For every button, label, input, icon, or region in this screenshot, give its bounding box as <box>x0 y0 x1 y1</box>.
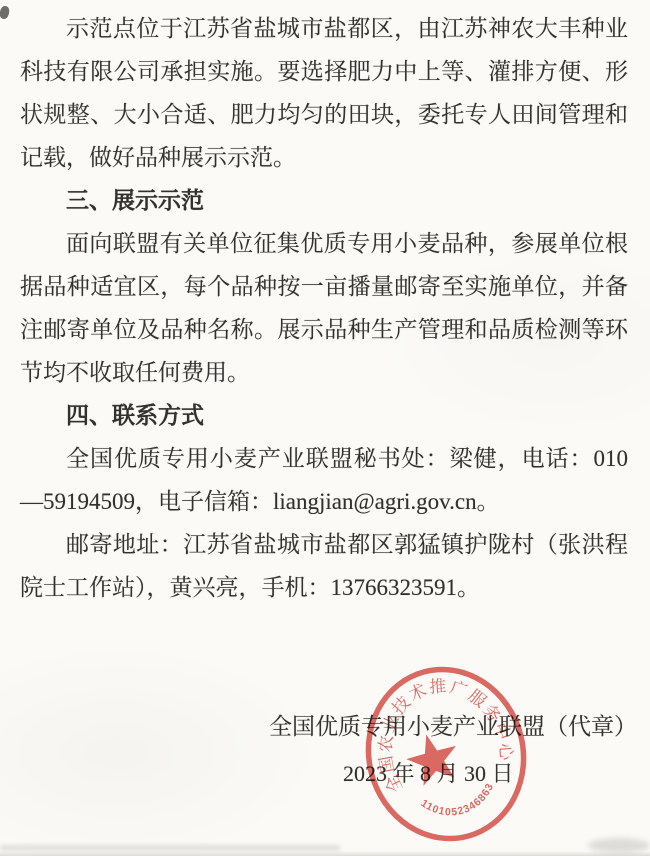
scan-artifact-top-left <box>0 5 10 20</box>
seal-serial-number: 1101052346863 <box>416 779 501 828</box>
scanned-document-page: 示范点位于江苏省盐城市盐都区，由江苏神农大丰种业 科技有限公司承担实施。要选择肥… <box>0 0 650 856</box>
paragraph-line: 科技有限公司承担实施。要选择肥力中上等、灌排方便、形 <box>20 50 628 93</box>
paragraph-line: 据品种适宜区，每个品种按一亩播量邮寄至实施单位，并备 <box>20 265 628 308</box>
paragraph-line: 状规整、大小合适、肥力均匀的田块，委托专人田间管理和 <box>20 93 628 136</box>
paragraph-line: 注邮寄单位及品种名称。展示品种生产管理和品质检测等环 <box>20 308 628 351</box>
seal-serial-number-glyphs: 1101052346863 <box>416 779 501 828</box>
paragraph-line: 全国优质专用小麦产业联盟秘书处：梁健，电话：010 <box>20 437 628 480</box>
seal-ring-text-glyphs: 全国农业技术推广服务中心 <box>359 661 520 797</box>
seal-ring-text: 全国农业技术推广服务中心 <box>359 661 520 797</box>
paragraph-line: 示范点位于江苏省盐城市盐都区，由江苏神农大丰种业 <box>20 7 628 50</box>
section-heading-contact-info: 四、联系方式 <box>20 394 628 437</box>
scan-edge-shadow <box>0 851 650 856</box>
seal-rotated-group: 全国农业技术推广服务中心 1101052346863 <box>350 652 543 856</box>
section-heading-display-demo: 三、展示示范 <box>20 179 628 222</box>
document-body: 示范点位于江苏省盐城市盐都区，由江苏神农大丰种业 科技有限公司承担实施。要选择肥… <box>20 7 628 609</box>
paragraph-line: 院士工作站），黄兴亮，手机：13766323591。 <box>20 566 628 609</box>
paragraph-line: 记载，做好品种展示示范。 <box>20 136 628 179</box>
paragraph-line: 邮寄地址：江苏省盐城市盐都区郭猛镇护陇村（张洪程 <box>20 523 628 566</box>
paragraph-line: —59194509，电子信箱：liangjian@agri.gov.cn。 <box>20 480 628 523</box>
paragraph-line: 面向联盟有关单位征集优质专用小麦品种，参展单位根 <box>20 222 628 265</box>
seal-star-icon <box>401 728 463 788</box>
paragraph-line: 节均不收取任何费用。 <box>20 351 628 394</box>
official-seal-stamp: 全国农业技术推广服务中心 1101052346863 <box>346 644 546 856</box>
